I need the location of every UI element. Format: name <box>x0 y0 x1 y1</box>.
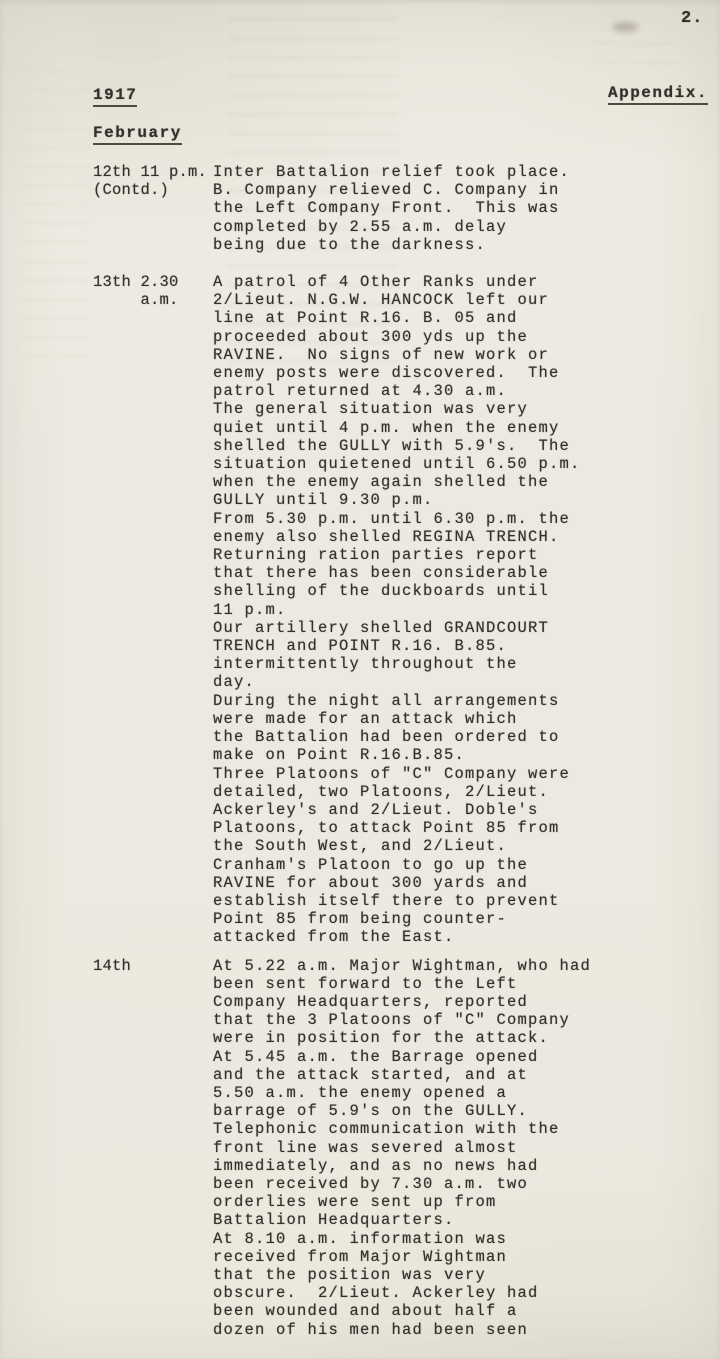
entry-body: Inter Battalion relief took place.B. Com… <box>213 163 700 254</box>
entry-body-line: proceeded about 300 yds up the <box>213 328 700 346</box>
diary-entry: 12th 11 p.m.(Contd.)Inter Battalion reli… <box>93 163 700 254</box>
diary-entry: 14thAt 5.22 a.m. Major Wightman, who had… <box>93 957 700 1339</box>
entry-body-line: the Left Company Front. This was <box>213 199 700 217</box>
entry-body-line: when the enemy again shelled the <box>213 473 700 491</box>
entry-body-line: establish itself there to prevent <box>213 892 700 910</box>
entry-body-line: intermittently throughout the <box>213 655 700 673</box>
entry-body-line: Ackerley's and 2/Lieut. Doble's <box>213 801 700 819</box>
entry-body-line: RAVINE. No signs of new work or <box>213 346 700 364</box>
entry-body-line: barrage of 5.9's on the GULLY. <box>213 1102 700 1120</box>
month-heading: February <box>93 124 182 145</box>
appendix-heading: Appendix. <box>608 84 708 105</box>
entry-body-line: being due to the darkness. <box>213 236 700 254</box>
entry-body-line: enemy also shelled REGINA TRENCH. <box>213 528 700 546</box>
entry-body-line: the Battalion had been ordered to <box>213 728 700 746</box>
entry-body-line: were made for an attack which <box>213 710 700 728</box>
entry-body-line: Platoons, to attack Point 85 from <box>213 819 700 837</box>
ink-smudge <box>612 22 638 32</box>
entry-body-line: obscure. 2/Lieut. Ackerley had <box>213 1284 700 1302</box>
entry-body-line: Cranham's Platoon to go up the <box>213 856 700 874</box>
page-number: 2. <box>681 10 703 28</box>
entry-date-line: 13th 2.30 <box>93 273 213 291</box>
entry-body-line: RAVINE for about 300 yards and <box>213 874 700 892</box>
bleed-through-text <box>20 70 90 370</box>
entry-body-line: Inter Battalion relief took place. <box>213 163 700 181</box>
entry-body-line: that the position was very <box>213 1266 700 1284</box>
entry-body: At 5.22 a.m. Major Wightman, who hadbeen… <box>213 957 700 1339</box>
entry-body-line: Company Headquarters, reported <box>213 993 700 1011</box>
bleed-through-text <box>592 42 678 76</box>
entry-body-line: make on Point R.16.B.85. <box>213 746 700 764</box>
entry-body-line: were in position for the attack. <box>213 1029 700 1047</box>
entry-body-line: situation quietened until 6.50 p.m. <box>213 455 700 473</box>
entry-body-line: been wounded and about half a <box>213 1302 700 1320</box>
entry-body-line: B. Company relieved C. Company in <box>213 181 700 199</box>
diary-entries: 12th 11 p.m.(Contd.)Inter Battalion reli… <box>93 163 700 1339</box>
entry-body-line: 11 p.m. <box>213 601 700 619</box>
entry-body-line: shelling of the duckboards until <box>213 582 700 600</box>
entry-body-line: The general situation was very <box>213 400 700 418</box>
entry-body-line: Three Platoons of "C" Company were <box>213 765 700 783</box>
entry-date: 13th 2.30 a.m. <box>93 273 213 309</box>
entry-body-line: front line was severed almost <box>213 1139 700 1157</box>
diary-entry: 13th 2.30 a.m.A patrol of 4 Other Ranks … <box>93 273 700 947</box>
entry-body-line: been received by 7.30 a.m. two <box>213 1175 700 1193</box>
entry-body-line: line at Point R.16. B. 05 and <box>213 309 700 327</box>
entry-body-line: 2/Lieut. N.G.W. HANCOCK left our <box>213 291 700 309</box>
entry-body-line: 5.50 a.m. the enemy opened a <box>213 1084 700 1102</box>
entry-body-line: shelled the GULLY with 5.9's. The <box>213 437 700 455</box>
entry-body-line: Point 85 from being counter- <box>213 910 700 928</box>
entry-body-line: been sent forward to the Left <box>213 975 700 993</box>
entry-date-line: 12th 11 p.m. <box>93 163 213 181</box>
entry-body-line: At 5.22 a.m. Major Wightman, who had <box>213 957 700 975</box>
entry-body-line: enemy posts were discovered. The <box>213 364 700 382</box>
entry-body-line: that the 3 Platoons of "C" Company <box>213 1011 700 1029</box>
entry-body-line: Returning ration parties report <box>213 546 700 564</box>
entry-date-line: (Contd.) <box>93 181 213 199</box>
entry-body-line: that there has been considerable <box>213 564 700 582</box>
entry-date: 14th <box>93 957 213 975</box>
entry-body-line: A patrol of 4 Other Ranks under <box>213 273 700 291</box>
entry-body-line: dozen of his men had been seen <box>213 1321 700 1339</box>
entry-body-line: patrol returned at 4.30 a.m. <box>213 382 700 400</box>
entry-body-line: Battalion Headquarters. <box>213 1211 700 1229</box>
entry-body-line: At 8.10 a.m. information was <box>213 1230 700 1248</box>
entry-body-line: completed by 2.55 a.m. delay <box>213 218 700 236</box>
entry-body-line: attacked from the East. <box>213 928 700 946</box>
entry-body-line: day. <box>213 673 700 691</box>
entry-body-line: received from Major Wightman <box>213 1248 700 1266</box>
entry-body-line: and the attack started, and at <box>213 1066 700 1084</box>
entry-body-line: the South West, and 2/Lieut. <box>213 837 700 855</box>
entry-body-line: At 5.45 a.m. the Barrage opened <box>213 1048 700 1066</box>
entry-body-line: Our artillery shelled GRANDCOURT <box>213 619 700 637</box>
entry-body-line: During the night all arrangements <box>213 692 700 710</box>
entry-date-line: a.m. <box>93 291 213 309</box>
entry-body-line: immediately, and as no news had <box>213 1157 700 1175</box>
entry-body-line: detailed, two Platoons, 2/Lieut. <box>213 783 700 801</box>
entry-body-line: From 5.30 p.m. until 6.30 p.m. the <box>213 510 700 528</box>
entry-body-line: orderlies were sent up from <box>213 1193 700 1211</box>
entry-body-line: Telephonic communication with the <box>213 1120 700 1138</box>
entry-body-line: GULLY until 9.30 p.m. <box>213 491 700 509</box>
entry-date: 12th 11 p.m.(Contd.) <box>93 163 213 199</box>
entry-body: A patrol of 4 Other Ranks under2/Lieut. … <box>213 273 700 947</box>
entry-body-line: quiet until 4 p.m. when the enemy <box>213 419 700 437</box>
year-heading: 1917 <box>93 86 137 107</box>
entry-body-line: TRENCH and POINT R.16. B.85. <box>213 637 700 655</box>
document-page: 2. 1917 Appendix. February 12th 11 p.m.(… <box>0 0 720 1359</box>
entry-date-line: 14th <box>93 957 213 975</box>
